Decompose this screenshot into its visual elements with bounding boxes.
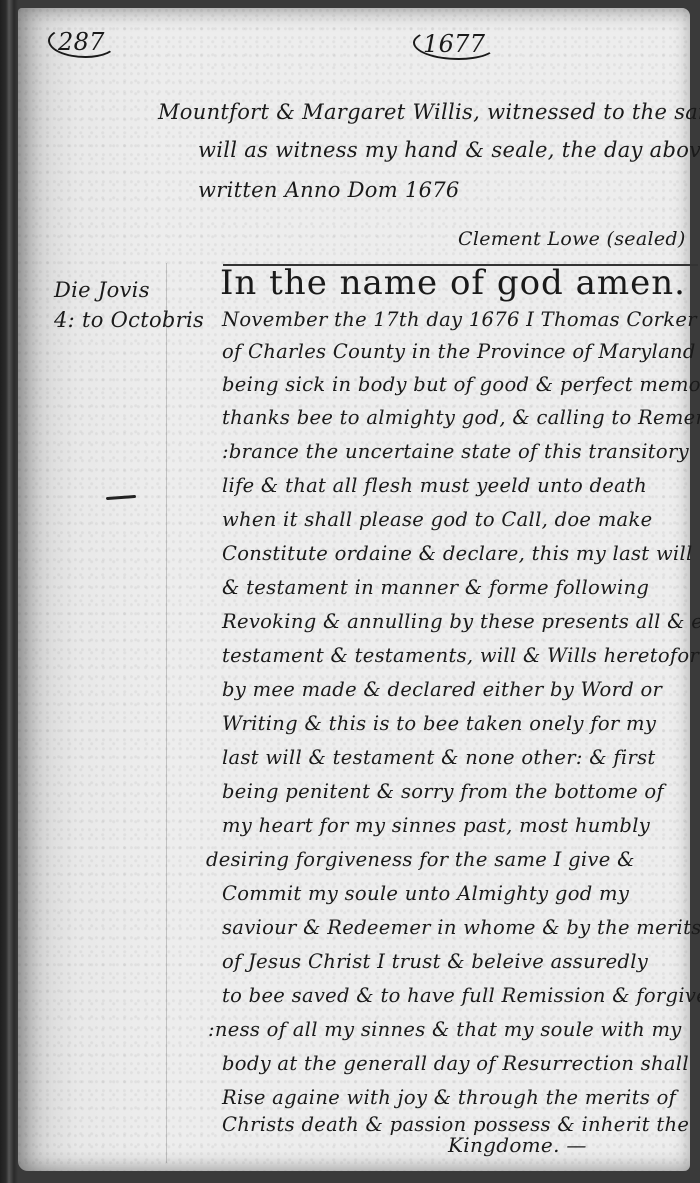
- body-line: when it shall please god to Call, doe ma…: [222, 508, 652, 531]
- body-line: Rise againe with joy & through the merit…: [222, 1086, 676, 1109]
- body-line: to bee saved & to have full Remission & …: [222, 984, 700, 1007]
- body-line: life & that all flesh must yeeld unto de…: [222, 474, 647, 497]
- closing-word: Kingdome. —: [448, 1133, 587, 1157]
- manuscript-page: 287 1677 Mountfort & Margaret Willis, wi…: [18, 8, 690, 1171]
- margin-rule: [166, 263, 167, 1163]
- body-line: of Charles County in the Province of Mar…: [222, 340, 696, 363]
- body-line: Writing & this is to bee taken onely for…: [222, 712, 656, 735]
- body-line: of Jesus Christ I trust & beleive assure…: [222, 950, 648, 973]
- witness-line: will as witness my hand & seale, the day…: [198, 138, 700, 162]
- body-line: :ness of all my sinnes & that my soule w…: [208, 1018, 682, 1041]
- body-line: testament & testaments, will & Wills her…: [222, 644, 700, 667]
- margin-note-line: 4: to Octobris: [54, 308, 204, 332]
- body-line: saviour & Redeemer in whome & by the mer…: [222, 916, 700, 939]
- body-line: Commit my soule unto Almighty god my: [222, 882, 629, 905]
- body-line: Revoking & annulling by these presents a…: [222, 610, 700, 633]
- body-line: body at the generall day of Resurrection…: [222, 1052, 689, 1075]
- body-line: being sick in body but of good & perfect…: [222, 373, 700, 396]
- body-line: & testament in manner & forme following: [222, 576, 649, 599]
- body-line: desiring forgiveness for the same I give…: [206, 848, 635, 871]
- body-line: by mee made & declared either by Word or: [222, 678, 662, 701]
- folio-number: 287: [48, 26, 117, 58]
- witness-line: written Anno Dom 1676: [198, 178, 460, 202]
- will-heading: In the name of god amen.: [220, 263, 686, 303]
- body-line: my heart for my sinnes past, most humbly: [222, 814, 650, 837]
- signature: Clement Lowe (sealed): [458, 228, 686, 250]
- body-line: last will & testament & none other: & fi…: [222, 746, 656, 769]
- body-line: November the 17th day 1676 I Thomas Cork…: [222, 308, 697, 331]
- body-line: being penitent & sorry from the bottome …: [222, 780, 664, 803]
- body-line: thanks bee to almighty god, & calling to…: [222, 406, 700, 429]
- margin-note-line: Die Jovis: [54, 278, 150, 302]
- witness-line: Mountfort & Margaret Willis, witnessed t…: [158, 100, 700, 124]
- margin-dash-mark: [106, 495, 136, 500]
- body-line: :brance the uncertaine state of this tra…: [222, 440, 689, 463]
- year-header: 1677: [413, 28, 497, 60]
- body-line: Constitute ordaine & declare, this my la…: [222, 542, 693, 565]
